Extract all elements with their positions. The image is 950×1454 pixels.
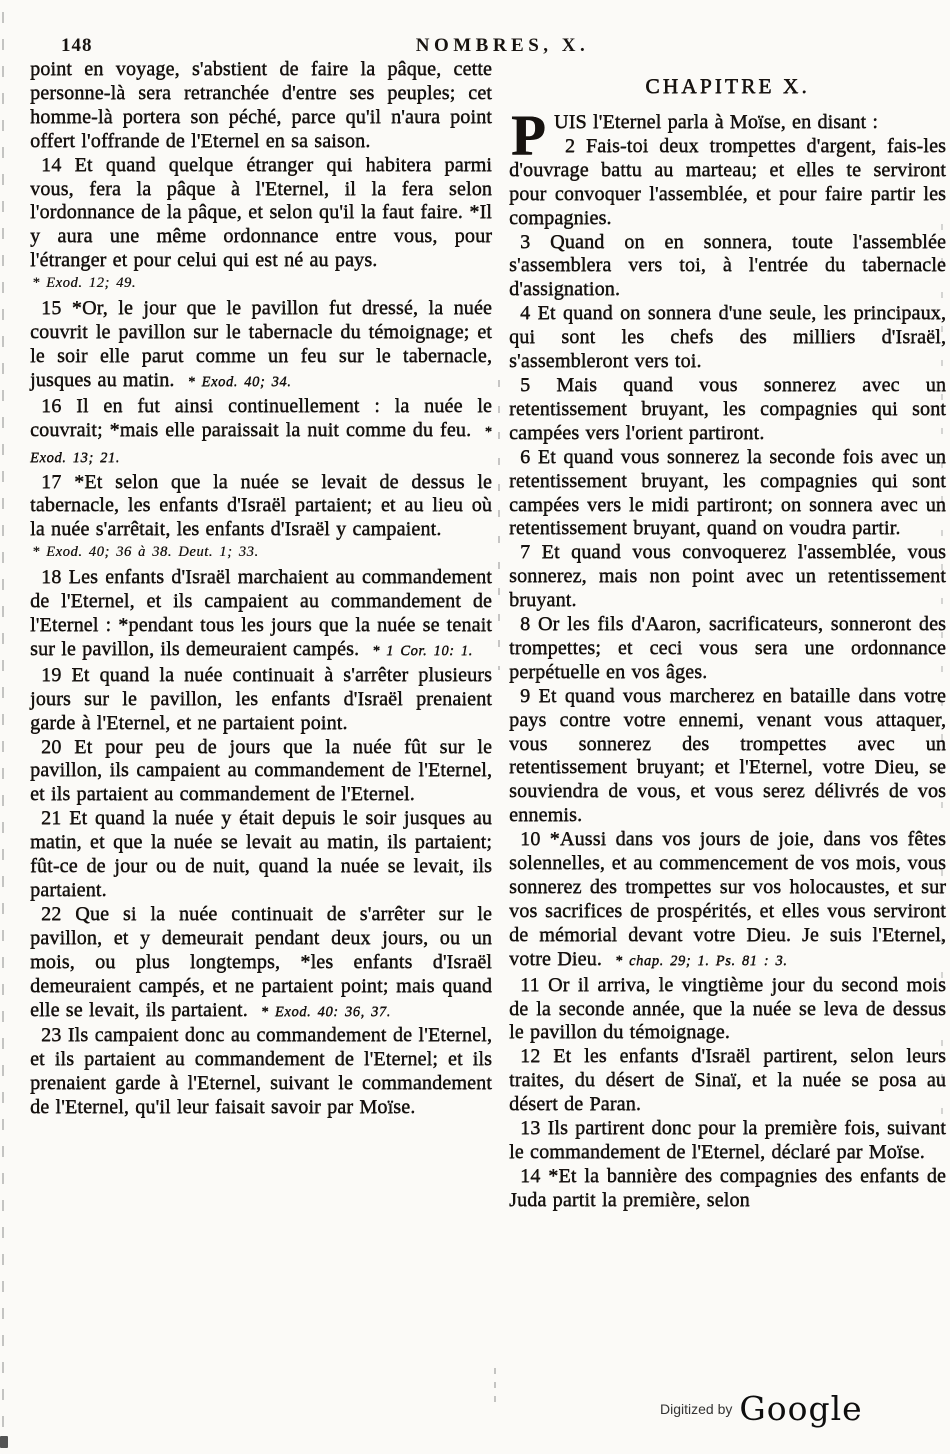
scripture-reference-line: * Exod. 12; 49. xyxy=(30,273,492,294)
right-column-body: PUIS l'Eternel parla à Moïse, en disant … xyxy=(509,111,946,1213)
verse-paragraph-9: 9 Et quand vous marcherez en bataille da… xyxy=(509,685,946,828)
verse-number: 23 xyxy=(41,1024,68,1046)
chapter-heading: CHAPITRE X. xyxy=(509,74,946,99)
verse-number: 7 xyxy=(520,541,542,563)
scripture-reference: * Exod. 13; 21. xyxy=(30,424,492,466)
body-paragraph: PUIS l'Eternel parla à Moïse, en disant … xyxy=(509,111,946,135)
verse-number: 12 xyxy=(520,1045,553,1067)
verse-number: 11 xyxy=(520,974,548,996)
watermark: Digitized by Google xyxy=(660,1392,863,1425)
verse-paragraph-5: 5 Mais quand vous sonnerez avec un reten… xyxy=(509,374,946,446)
verse-number: 2 xyxy=(565,135,586,157)
verse-number: 10 xyxy=(520,828,550,850)
verse-number: 4 xyxy=(520,302,537,324)
verse-paragraph-4: 4 Et quand on sonnera d'une seule, les p… xyxy=(509,302,946,374)
scripture-reference: * 1 Cor. 10: 1. xyxy=(372,643,473,659)
running-title: NOMBRES, X. xyxy=(0,35,950,57)
verse-number: 16 xyxy=(41,395,76,417)
verse-number: 21 xyxy=(41,807,69,829)
verse-paragraph-7: 7 Et quand vous convoquerez l'assemblée,… xyxy=(509,541,946,613)
body-paragraph: point en voyage, s'abstient de faire la … xyxy=(30,58,492,154)
verse-number: 17 xyxy=(41,471,74,493)
verse-paragraph-3: 3 Quand on en sonnera, toute l'assemblée… xyxy=(509,231,946,303)
verse-paragraph-16: 16 Il en fut ainsi continuellement : la … xyxy=(30,395,492,471)
digitized-by-label: Digitized by xyxy=(660,1401,732,1417)
verse-number: 19 xyxy=(41,664,71,686)
verse-number: 13 xyxy=(520,1117,547,1139)
verse-paragraph-19: 19 Et quand la nuée continuait à s'arrêt… xyxy=(30,664,492,736)
verse-paragraph-23: 23 Ils campaient donc au commandement de… xyxy=(30,1024,492,1120)
verse-number: 20 xyxy=(41,736,74,758)
scan-artifact-left-edge xyxy=(2,12,4,1436)
verse-paragraph-22: 22 Que si la nuée continuait de s'arrête… xyxy=(30,903,492,1025)
verse-paragraph-12: 12 Et les enfants d'Israël partirent, se… xyxy=(509,1045,946,1117)
verse-paragraph-20: 20 Et pour peu de jours que la nuée fût … xyxy=(30,736,492,808)
left-column: point en voyage, s'abstient de faire la … xyxy=(30,58,492,1213)
verse-number: 14 xyxy=(41,154,74,176)
verse-number: 5 xyxy=(520,374,556,396)
verse-number: 9 xyxy=(520,685,538,707)
verse-number: 14 xyxy=(520,1165,548,1187)
google-logo: Google xyxy=(739,1392,862,1425)
scripture-reference-line: * Exod. 40; 36 à 38. Deut. 1; 33. xyxy=(30,542,492,563)
verse-paragraph-6: 6 Et quand vous sonnerez la seconde fois… xyxy=(509,446,946,542)
verse-paragraph-14: 14 *Et la bannière des compagnies des en… xyxy=(509,1165,946,1213)
right-column: CHAPITRE X. PUIS l'Eternel parla à Moïse… xyxy=(509,58,946,1213)
verse-paragraph-18: 18 Les enfants d'Israël marchaient au co… xyxy=(30,566,492,664)
verse-paragraph-14: 14 Et quand quelque étranger qui habiter… xyxy=(30,154,492,274)
verse-paragraph-21: 21 Et quand la nuée y était depuis le so… xyxy=(30,807,492,903)
verse-number: 3 xyxy=(520,231,550,253)
verse-paragraph-17: 17 *Et selon que la nuée se levait de de… xyxy=(30,471,492,543)
verse-number: 15 xyxy=(41,297,72,319)
verse-paragraph-2: 2 Fais-toi deux trompettes d'argent, fai… xyxy=(509,135,946,231)
verse-paragraph-8: 8 Or les fils d'Aaron, sacrificateurs, s… xyxy=(509,613,946,685)
scripture-reference: * chap. 29; 1. Ps. 81 : 3. xyxy=(615,953,788,969)
scan-artifact-corner-blot xyxy=(0,1436,8,1448)
text-columns: point en voyage, s'abstient de faire la … xyxy=(30,58,946,1213)
verse-number: 22 xyxy=(41,903,75,925)
scripture-reference: * Exod. 40: 36, 37. xyxy=(261,1004,391,1020)
scanned-bible-page: { "header": { "page_number": "148", "run… xyxy=(0,0,950,1454)
verse-number: 8 xyxy=(520,613,538,635)
drop-cap: P xyxy=(511,114,546,158)
verse-paragraph-10: 10 *Aussi dans vos jours de joie, dans v… xyxy=(509,828,946,973)
scripture-reference: * Exod. 40; 34. xyxy=(187,374,291,390)
verse-paragraph-11: 11 Or il arriva, le vingtième jour du se… xyxy=(509,974,946,1046)
verse-number: 6 xyxy=(520,446,538,468)
verse-paragraph-15: 15 *Or, le jour que le pavillon fut dres… xyxy=(30,297,492,395)
scan-artifact-gutter-line-bottom xyxy=(494,1368,496,1402)
verse-paragraph-13: 13 Ils partirent donc pour la première f… xyxy=(509,1117,946,1165)
verse-number: 18 xyxy=(41,566,69,588)
